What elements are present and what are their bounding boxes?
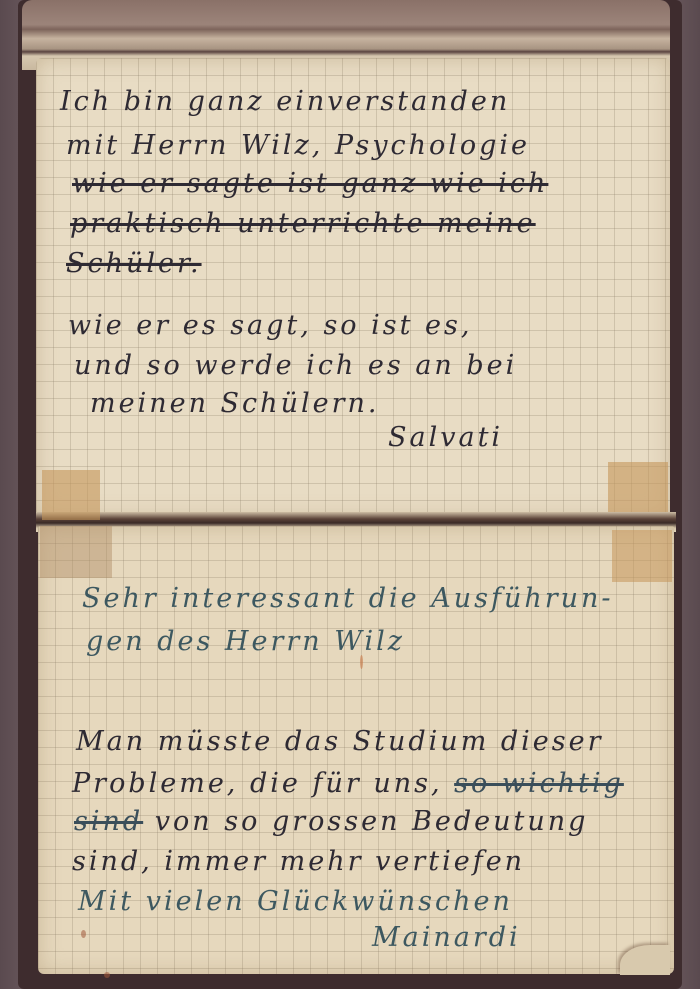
top-line-6: wie er es sagt, so ist es,: [68, 312, 472, 339]
tape-top-right: [608, 462, 668, 512]
bottom-line-3: Man müsste das Studium dieser: [76, 728, 604, 755]
tape-bottom-left: [40, 526, 112, 578]
bottom-line-1: Sehr interessant die Ausführun-: [82, 585, 614, 612]
bottom-line-2: gen des Herrn Wilz: [86, 628, 405, 655]
struck-sind: sind: [74, 806, 143, 837]
top-line-3-struck: wie er sagte ist ganz wie ich: [72, 170, 548, 197]
tape-top-left: [42, 470, 100, 520]
struck-so-wichtig: so wichtig: [454, 768, 624, 799]
bottom-line-6: sind, immer mehr vertiefen: [72, 848, 525, 875]
tape-bottom-right: [612, 530, 672, 582]
signature-mainardi: Mainardi: [372, 924, 521, 951]
bottom-line-5-text: von so grossen Bedeutung: [155, 806, 589, 837]
signature-salvati: Salvati: [388, 424, 503, 451]
top-page: [36, 58, 670, 518]
ink-stain: [360, 655, 363, 669]
top-line-5-struck: Schüler.: [66, 250, 202, 277]
ink-stain: [81, 930, 86, 938]
bottom-line-4-text: Probleme, die für uns,: [72, 768, 443, 799]
top-line-8: meinen Schülern.: [90, 390, 379, 417]
bottom-line-7: Mit vielen Glückwünschen: [78, 888, 513, 915]
top-line-7: und so werde ich es an bei: [74, 352, 517, 379]
top-line-4-struck: praktisch unterrichte meine: [70, 210, 536, 237]
top-line-1: Ich bin ganz einverstanden: [60, 88, 510, 115]
bottom-line-4: Probleme, die für uns, so wichtig: [72, 770, 624, 797]
ink-stain: [104, 972, 110, 978]
bottom-line-5: sind von so grossen Bedeutung: [74, 808, 588, 835]
top-line-2: mit Herrn Wilz, Psychologie: [66, 132, 530, 159]
